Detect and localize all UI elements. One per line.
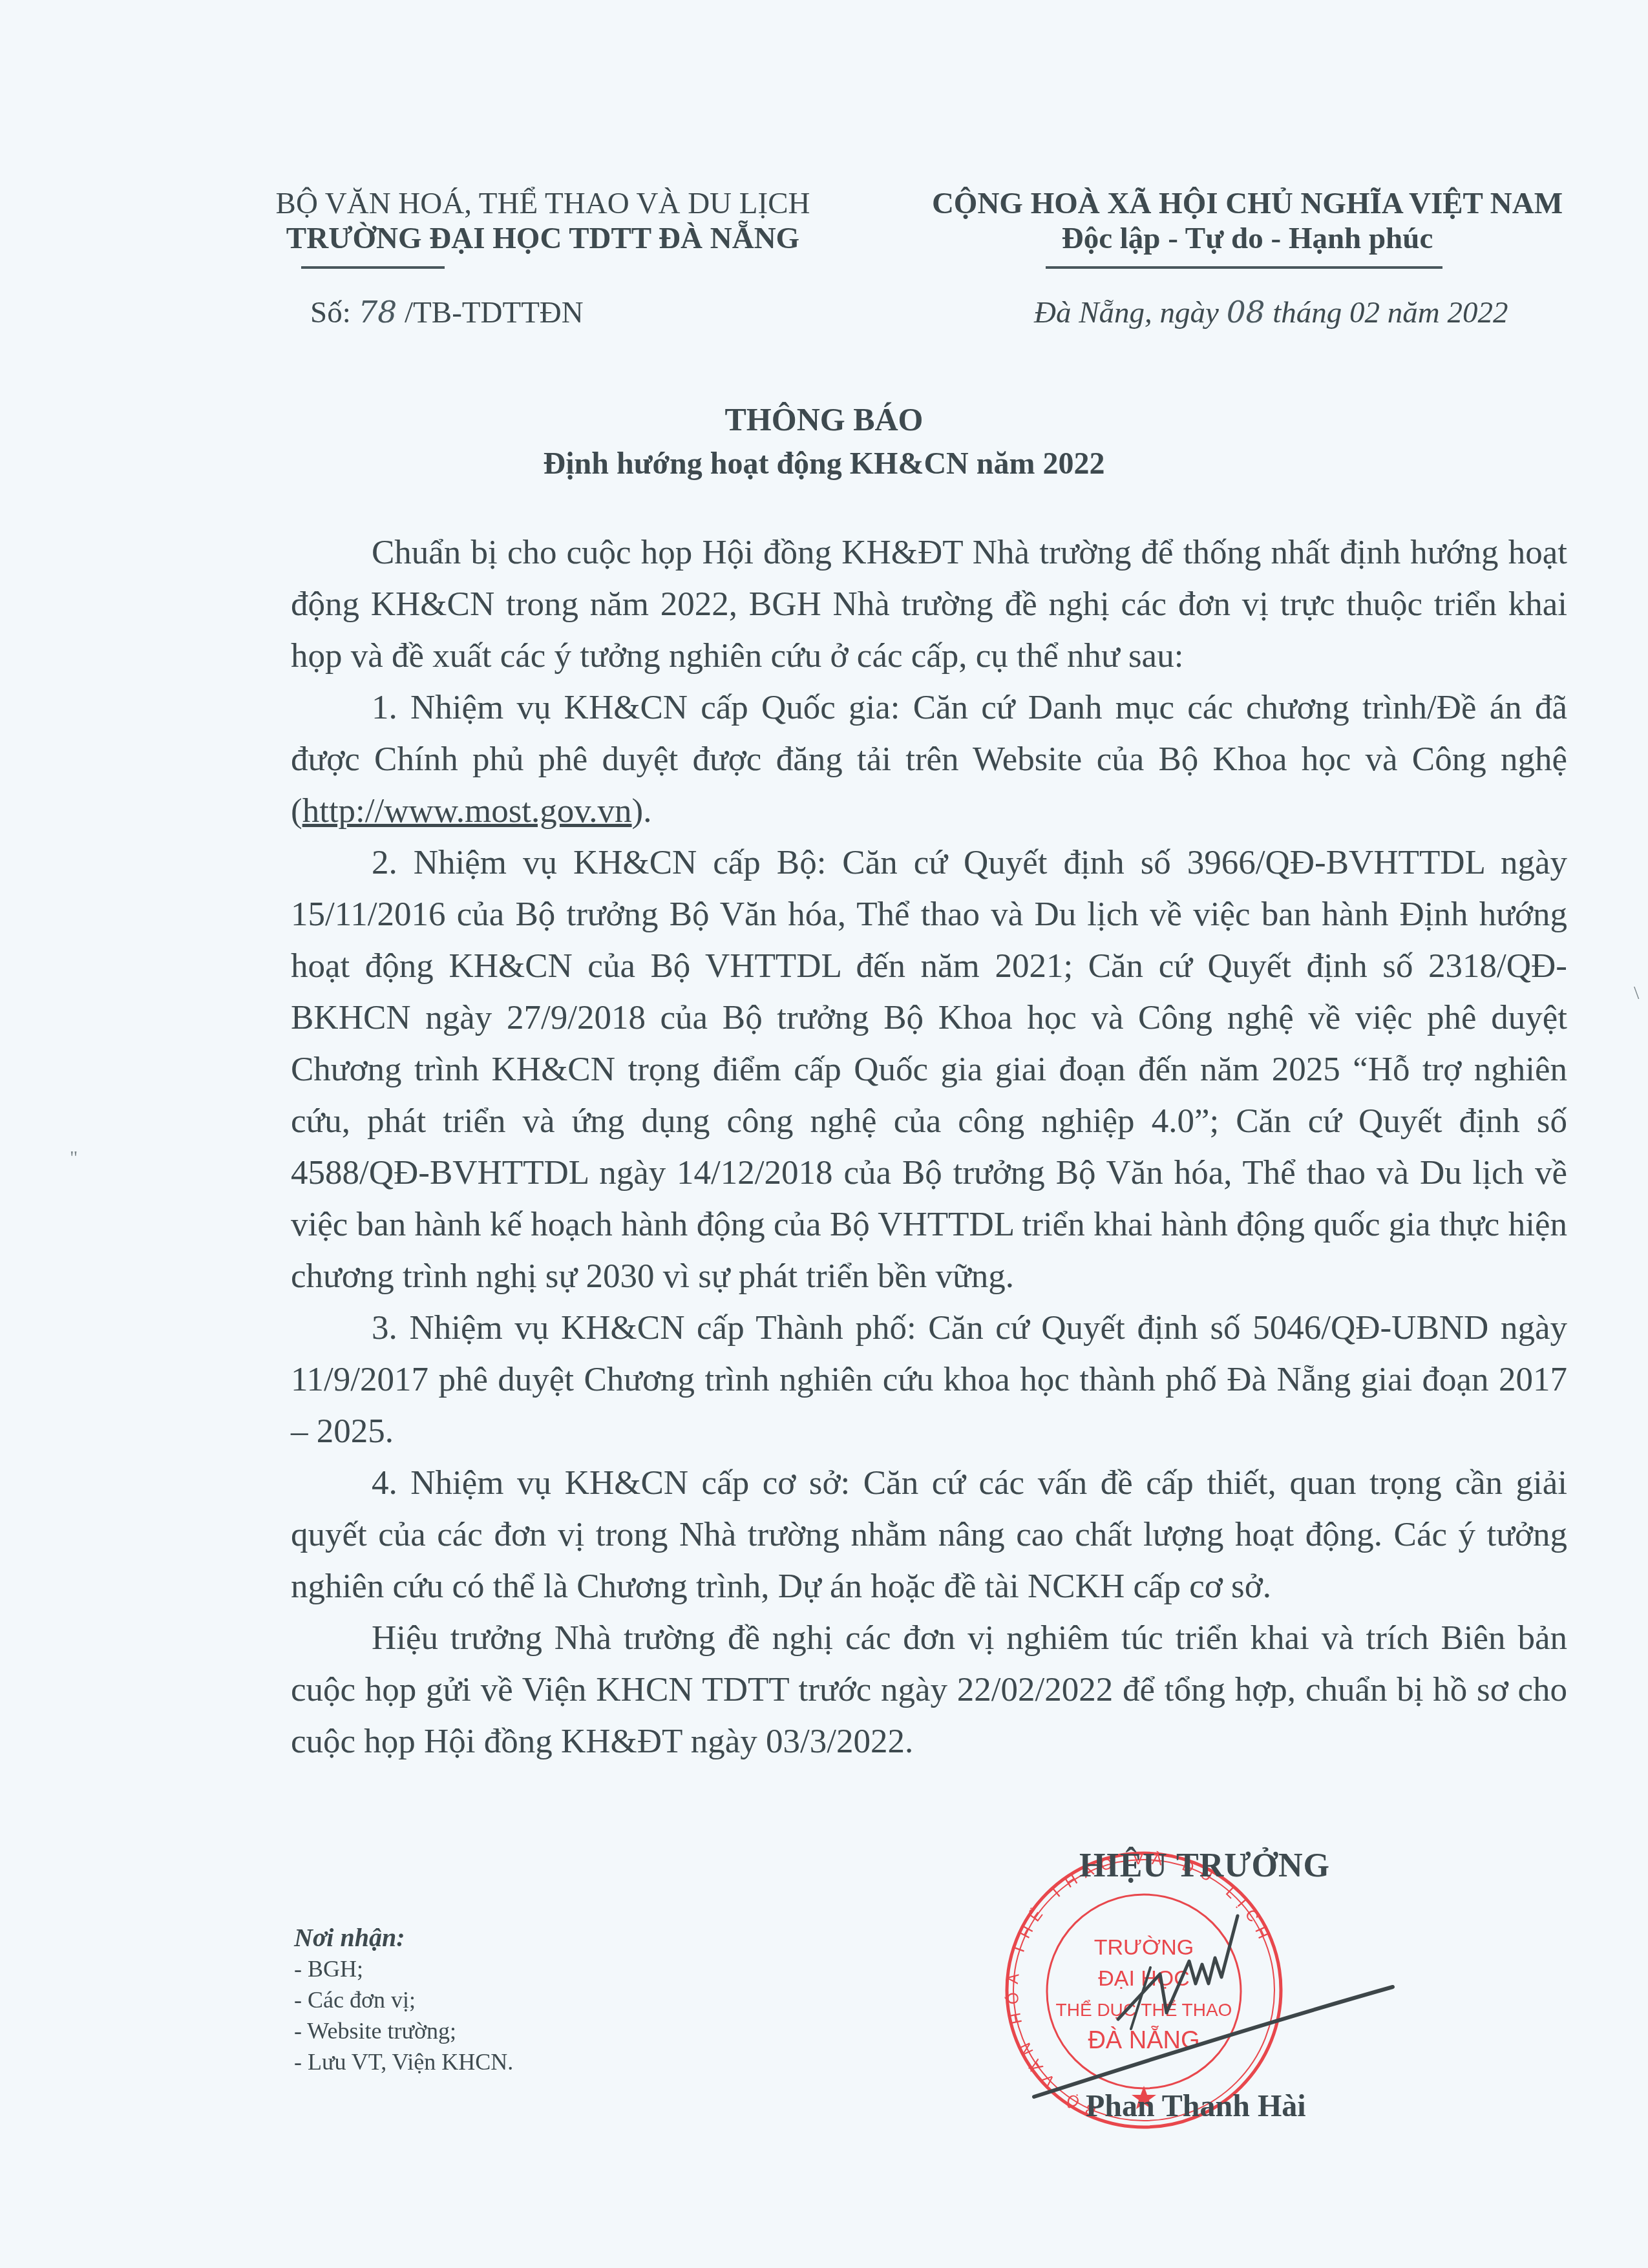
- item-1-end: ).: [632, 792, 652, 830]
- signer-title: HIỆU TRƯỞNG: [1079, 1847, 1330, 1885]
- item-3-paragraph: 3. Nhiệm vụ KH&CN cấp Thành phố: Căn cứ …: [291, 1302, 1567, 1457]
- item-4-paragraph: 4. Nhiệm vụ KH&CN cấp cơ sở: Căn cứ các …: [291, 1457, 1567, 1612]
- document-title: THÔNG BÁO: [0, 401, 1648, 438]
- issue-date: Đà Nẵng, ngày 08 tháng 02 năm 2022: [1034, 294, 1616, 331]
- scan-mark: ": [70, 1147, 78, 1169]
- signer-name: Phan Thanh Hài: [1086, 2088, 1306, 2124]
- intro-paragraph: Chuẩn bị cho cuộc họp Hội đồng KH&ĐT Nhà…: [291, 527, 1567, 682]
- recipients-block: Nơi nhận: - BGH; - Các đơn vị; - Website…: [294, 1922, 513, 2077]
- handwritten-signature: [995, 1880, 1396, 2113]
- item-1-paragraph: 1. Nhiệm vụ KH&CN cấp Quốc gia: Căn cứ D…: [291, 682, 1567, 837]
- recipient-item: - Các đơn vị;: [294, 1984, 513, 2015]
- document-number: Số: 78 /TB-TDTTĐN: [310, 294, 763, 331]
- document-subtitle: Định hướng hoạt động KH&CN năm 2022: [0, 446, 1648, 481]
- recipient-item: - Lưu VT, Viện KHCN.: [294, 2046, 513, 2077]
- doc-number-prefix: Số:: [310, 296, 351, 330]
- scan-mark: \: [1634, 982, 1639, 1004]
- document-body: Chuẩn bị cho cuộc họp Hội đồng KH&ĐT Nhà…: [291, 527, 1567, 1767]
- doc-number-suffix: /TB-TDTTĐN: [405, 296, 584, 330]
- nation-name: CỘNG HOÀ XÃ HỘI CHỦ NGHĨA VIỆT NAM: [892, 185, 1603, 222]
- recipient-item: - BGH;: [294, 1953, 513, 1984]
- school-name: TRƯỜNG ĐẠI HỌC TDTT ĐÀ NẴNG: [246, 220, 840, 257]
- national-motto: Độc lập - Tự do - Hạnh phúc: [892, 220, 1603, 257]
- recipient-item: - Website trường;: [294, 2015, 513, 2046]
- closing-paragraph: Hiệu trưởng Nhà trường đề nghị các đơn v…: [291, 1612, 1567, 1767]
- school-name-underline: [301, 266, 445, 269]
- ministry-name: BỘ VĂN HOÁ, THỂ THAO VÀ DU LỊCH: [246, 185, 840, 222]
- date-prefix: Đà Nẵng, ngày: [1034, 296, 1219, 330]
- recipients-label: Nơi nhận:: [294, 1922, 513, 1953]
- doc-number-handwritten: 78: [358, 295, 397, 330]
- item-2-paragraph: 2. Nhiệm vụ KH&CN cấp Bộ: Căn cứ Quyết đ…: [291, 837, 1567, 1302]
- date-suffix: tháng 02 năm 2022: [1273, 296, 1508, 330]
- motto-underline: [1046, 266, 1442, 269]
- most-website-link[interactable]: http://www.most.gov.vn: [302, 792, 632, 830]
- date-day-handwritten: 08: [1227, 295, 1265, 330]
